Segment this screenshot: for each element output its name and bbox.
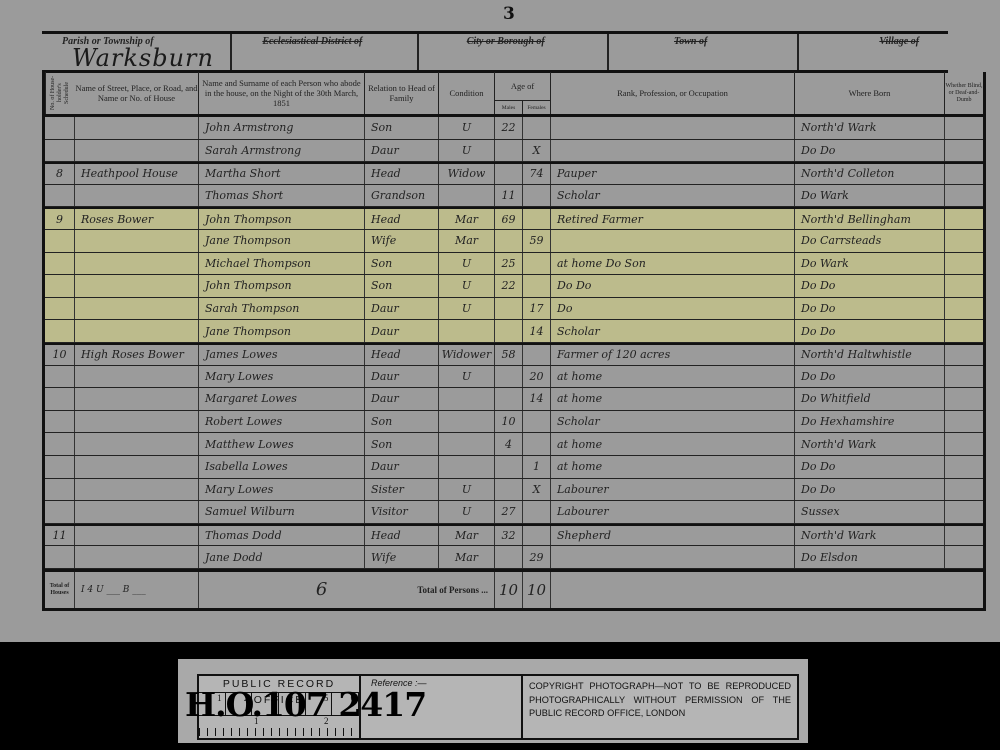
male-age: 4	[495, 433, 523, 455]
male-age: 22	[495, 117, 523, 139]
female-age: 29	[523, 546, 551, 568]
condition-cell: Widow	[439, 164, 495, 184]
birthplace-cell: Do Do	[795, 366, 945, 388]
table-row: Jane ThompsonDaur14ScholarDo Do	[45, 320, 983, 343]
female-age	[523, 253, 551, 275]
col-relation: Relation to Head of Family	[365, 72, 439, 114]
blind-cell	[945, 275, 983, 297]
table-row: Jane ThompsonWifeMar59Do Carrsteads	[45, 230, 983, 253]
female-age	[523, 526, 551, 546]
blind-cell	[945, 320, 983, 342]
relation-cell: Daur	[365, 388, 439, 410]
female-age: 74	[523, 164, 551, 184]
male-age: 22	[495, 275, 523, 297]
col-born: Where Born	[795, 72, 945, 114]
male-age	[495, 298, 523, 320]
blind-cell	[945, 209, 983, 229]
col-females: Females	[523, 101, 550, 114]
col-street: Name of Street, Place, or Road, and Name…	[75, 72, 199, 114]
street-cell	[75, 546, 199, 568]
condition-cell	[439, 185, 495, 207]
relation-cell: Head	[365, 526, 439, 546]
birthplace-cell: Do Wark	[795, 185, 945, 207]
village-cell: Village of	[799, 34, 948, 70]
occupation-cell: Scholar	[551, 320, 795, 342]
reference-number: H.O.107 2417	[185, 685, 426, 724]
street-cell	[75, 433, 199, 455]
houses-label: Total of Houses	[45, 572, 75, 608]
table-row: Mary LowesDaurU20at homeDo Do	[45, 366, 983, 389]
condition-cell: U	[439, 298, 495, 320]
street-cell	[75, 298, 199, 320]
schedule-no: 11	[45, 526, 75, 546]
street-cell	[75, 320, 199, 342]
table-row: Matthew LowesSon4at homeNorth'd Wark	[45, 433, 983, 456]
relation-cell: Son	[365, 411, 439, 433]
person-name: Sarah Armstrong	[199, 140, 365, 162]
blind-cell	[945, 479, 983, 501]
person-name: Samuel Wilburn	[199, 501, 365, 523]
schedule-no: 8	[45, 164, 75, 184]
street-cell	[75, 501, 199, 523]
female-age: 14	[523, 320, 551, 342]
city-label: City or Borough of	[467, 36, 545, 47]
district-header: Parish or Township of Warksburn Ecclesia…	[42, 34, 948, 73]
occupation-cell: Scholar	[551, 185, 795, 207]
totals-blank	[551, 572, 983, 608]
table-row: 11Thomas DoddHeadMar32ShepherdNorth'd Wa…	[45, 524, 983, 547]
blind-cell	[945, 388, 983, 410]
street-cell: Heathpool House	[75, 164, 199, 184]
street-cell	[75, 366, 199, 388]
table-row: Mary LowesSisterUXLabourerDo Do	[45, 479, 983, 502]
blind-cell	[945, 366, 983, 388]
table-row: John ArmstrongSonU22North'd Wark	[45, 117, 983, 140]
person-name: Thomas Short	[199, 185, 365, 207]
female-age	[523, 185, 551, 207]
relation-cell: Daur	[365, 320, 439, 342]
schedule-no: 9	[45, 209, 75, 229]
person-name: Martha Short	[199, 164, 365, 184]
relation-cell: Daur	[365, 140, 439, 162]
table-row: Robert LowesSon10ScholarDo Hexhamshire	[45, 411, 983, 434]
totals-row: Total of Houses I 4 U ___ B ___ 6 Total …	[45, 569, 983, 611]
col-males: Males	[495, 101, 523, 114]
table-row: Isabella LowesDaur1at homeDo Do	[45, 456, 983, 479]
condition-cell: U	[439, 366, 495, 388]
schedule-no	[45, 366, 75, 388]
birthplace-cell: Do Whitfield	[795, 388, 945, 410]
female-age	[523, 501, 551, 523]
female-age: X	[523, 140, 551, 162]
condition-cell	[439, 456, 495, 478]
condition-cell	[439, 320, 495, 342]
town-label: Town of	[674, 36, 707, 47]
female-age	[523, 433, 551, 455]
street-cell	[75, 411, 199, 433]
col-age: Age of Males Females	[495, 72, 551, 114]
blind-cell	[945, 501, 983, 523]
street-cell	[75, 526, 199, 546]
birthplace-cell: Do Carrsteads	[795, 230, 945, 252]
occupation-cell	[551, 230, 795, 252]
male-age	[495, 546, 523, 568]
birthplace-cell: North'd Colleton	[795, 164, 945, 184]
birthplace-cell: Sussex	[795, 501, 945, 523]
relation-cell: Daur	[365, 366, 439, 388]
census-rows: John ArmstrongSonU22North'd WarkSarah Ar…	[45, 117, 983, 569]
town-cell: Town of	[609, 34, 799, 70]
person-name: John Thompson	[199, 209, 365, 229]
female-age: 17	[523, 298, 551, 320]
persons-label: Total of Persons ...	[417, 585, 488, 595]
persons-tally-cell: 6 Total of Persons ...	[199, 572, 495, 608]
male-age: 11	[495, 185, 523, 207]
female-age: 14	[523, 388, 551, 410]
male-age	[495, 320, 523, 342]
blind-cell	[945, 164, 983, 184]
female-age: 1	[523, 456, 551, 478]
occupation-cell	[551, 140, 795, 162]
relation-cell: Head	[365, 209, 439, 229]
street-cell	[75, 253, 199, 275]
birthplace-cell: Do Hexhamshire	[795, 411, 945, 433]
blind-cell	[945, 411, 983, 433]
street-cell	[75, 140, 199, 162]
condition-cell: Widower	[439, 345, 495, 365]
occupation-cell	[551, 117, 795, 139]
street-cell	[75, 275, 199, 297]
col-schedule: No. of House-holder's Schedule	[45, 72, 75, 114]
schedule-no	[45, 117, 75, 139]
street-cell	[75, 388, 199, 410]
occupation-cell: Do	[551, 298, 795, 320]
birthplace-cell: North'd Bellingham	[795, 209, 945, 229]
female-age: 20	[523, 366, 551, 388]
person-name: Jane Dodd	[199, 546, 365, 568]
village-label: Village of	[879, 36, 919, 47]
table-row: Sarah ArmstrongDaurUXDo Do	[45, 140, 983, 163]
male-age	[495, 366, 523, 388]
schedule-no	[45, 275, 75, 297]
condition-cell: Mar	[439, 209, 495, 229]
occupation-cell: Pauper	[551, 164, 795, 184]
male-age	[495, 456, 523, 478]
relation-cell: Wife	[365, 230, 439, 252]
condition-cell: U	[439, 117, 495, 139]
condition-cell	[439, 411, 495, 433]
schedule-no	[45, 253, 75, 275]
person-name: Jane Thompson	[199, 320, 365, 342]
relation-cell: Daur	[365, 456, 439, 478]
condition-cell: Mar	[439, 526, 495, 546]
occupation-cell: at home	[551, 433, 795, 455]
condition-cell: U	[439, 501, 495, 523]
person-name: Robert Lowes	[199, 411, 365, 433]
schedule-no	[45, 411, 75, 433]
occupation-cell	[551, 546, 795, 568]
person-name: James Lowes	[199, 345, 365, 365]
female-age	[523, 411, 551, 433]
blind-cell	[945, 298, 983, 320]
blind-cell	[945, 345, 983, 365]
table-row: Sarah ThompsonDaurU17DoDo Do	[45, 298, 983, 321]
blind-cell	[945, 253, 983, 275]
male-age	[495, 479, 523, 501]
ecclesiastical-cell: Ecclesiastical District of	[232, 34, 418, 70]
relation-cell: Son	[365, 253, 439, 275]
blind-cell	[945, 546, 983, 568]
occupation-cell: Labourer	[551, 479, 795, 501]
relation-cell: Son	[365, 117, 439, 139]
schedule-no	[45, 185, 75, 207]
street-cell	[75, 479, 199, 501]
occupation-cell: Scholar	[551, 411, 795, 433]
schedule-no	[45, 320, 75, 342]
blind-cell	[945, 526, 983, 546]
schedule-no	[45, 433, 75, 455]
table-row: Samuel WilburnVisitorU27LabourerSussex	[45, 501, 983, 524]
total-females: 10	[523, 572, 551, 608]
table-row: 8Heathpool HouseMartha ShortHeadWidow74P…	[45, 162, 983, 185]
person-name: Margaret Lowes	[199, 388, 365, 410]
female-age: 59	[523, 230, 551, 252]
condition-cell: Mar	[439, 230, 495, 252]
occupation-cell: at home	[551, 456, 795, 478]
census-table: No. of House-holder's Schedule Name of S…	[42, 72, 986, 611]
copyright-notice: COPYRIGHT PHOTOGRAPH—NOT TO BE REPRODUCE…	[523, 676, 797, 738]
occupation-cell: Retired Farmer	[551, 209, 795, 229]
male-age	[495, 164, 523, 184]
parish-value: Warksburn	[72, 44, 214, 72]
condition-cell: U	[439, 479, 495, 501]
schedule-no	[45, 546, 75, 568]
blind-cell	[945, 185, 983, 207]
blind-cell	[945, 456, 983, 478]
schedule-no: 10	[45, 345, 75, 365]
schedule-no	[45, 388, 75, 410]
female-age: X	[523, 479, 551, 501]
male-age	[495, 140, 523, 162]
male-age: 10	[495, 411, 523, 433]
occupation-cell: Shepherd	[551, 526, 795, 546]
condition-cell	[439, 433, 495, 455]
birthplace-cell: North'd Wark	[795, 526, 945, 546]
person-name: John Armstrong	[199, 117, 365, 139]
street-cell	[75, 456, 199, 478]
total-males: 10	[495, 572, 523, 608]
schedule-no	[45, 456, 75, 478]
table-row: Jane DoddWifeMar29Do Elsdon	[45, 546, 983, 569]
blind-cell	[945, 117, 983, 139]
page-tally: 6	[316, 579, 327, 600]
table-row: Thomas ShortGrandson11ScholarDo Wark	[45, 185, 983, 208]
occupation-cell: Do Do	[551, 275, 795, 297]
birthplace-cell: Do Do	[795, 479, 945, 501]
schedule-no	[45, 298, 75, 320]
person-name: Sarah Thompson	[199, 298, 365, 320]
occupation-cell: Farmer of 120 acres	[551, 345, 795, 365]
person-name: Michael Thompson	[199, 253, 365, 275]
schedule-no	[45, 140, 75, 162]
condition-cell: U	[439, 253, 495, 275]
person-name: Mary Lowes	[199, 366, 365, 388]
condition-cell: U	[439, 140, 495, 162]
person-name: Jane Thompson	[199, 230, 365, 252]
birthplace-cell: Do Do	[795, 456, 945, 478]
col-blind: Whether Blind, or Deaf-and-Dumb	[945, 72, 983, 114]
male-age: 32	[495, 526, 523, 546]
condition-cell	[439, 388, 495, 410]
blind-cell	[945, 433, 983, 455]
col-name: Name and Surname of each Person who abod…	[199, 72, 365, 114]
birthplace-cell: Do Elsdon	[795, 546, 945, 568]
table-row: 9Roses BowerJohn ThompsonHeadMar69Retire…	[45, 207, 983, 230]
parish-cell: Parish or Township of Warksburn	[42, 34, 232, 70]
birthplace-cell: Do Do	[795, 275, 945, 297]
male-age: 58	[495, 345, 523, 365]
ecclesiastical-label: Ecclesiastical District of	[262, 36, 362, 47]
male-age: 25	[495, 253, 523, 275]
birthplace-cell: Do Do	[795, 320, 945, 342]
schedule-no	[45, 501, 75, 523]
blind-cell	[945, 230, 983, 252]
relation-cell: Son	[365, 433, 439, 455]
female-age	[523, 117, 551, 139]
birthplace-cell: Do Do	[795, 298, 945, 320]
occupation-cell: at home	[551, 366, 795, 388]
col-age-label: Age of	[495, 72, 550, 101]
occupation-cell: at home Do Son	[551, 253, 795, 275]
condition-cell: Mar	[439, 546, 495, 568]
table-row: Margaret LowesDaur14at homeDo Whitfield	[45, 388, 983, 411]
male-age: 27	[495, 501, 523, 523]
table-row: 10High Roses BowerJames LowesHeadWidower…	[45, 343, 983, 366]
column-headers: No. of House-holder's Schedule Name of S…	[45, 72, 983, 117]
birthplace-cell: Do Do	[795, 140, 945, 162]
female-age	[523, 345, 551, 365]
person-name: John Thompson	[199, 275, 365, 297]
relation-cell: Grandson	[365, 185, 439, 207]
birthplace-cell: North'd Haltwhistle	[795, 345, 945, 365]
street-cell: Roses Bower	[75, 209, 199, 229]
col-condition: Condition	[439, 72, 495, 114]
page-number: 3	[503, 4, 515, 24]
female-age	[523, 275, 551, 297]
relation-cell: Head	[365, 345, 439, 365]
birthplace-cell: Do Wark	[795, 253, 945, 275]
street-cell: High Roses Bower	[75, 345, 199, 365]
table-row: Michael ThompsonSonU25at home Do SonDo W…	[45, 253, 983, 276]
condition-cell: U	[439, 275, 495, 297]
person-name: Thomas Dodd	[199, 526, 365, 546]
schedule-no	[45, 479, 75, 501]
relation-cell: Wife	[365, 546, 439, 568]
relation-cell: Son	[365, 275, 439, 297]
street-cell	[75, 230, 199, 252]
street-cell	[75, 185, 199, 207]
male-age	[495, 230, 523, 252]
occupation-cell: Labourer	[551, 501, 795, 523]
person-name: Mary Lowes	[199, 479, 365, 501]
birthplace-cell: North'd Wark	[795, 117, 945, 139]
houses-value: I 4 U ___ B ___	[75, 572, 199, 608]
blind-cell	[945, 140, 983, 162]
female-age	[523, 209, 551, 229]
relation-cell: Daur	[365, 298, 439, 320]
male-age	[495, 388, 523, 410]
relation-cell: Head	[365, 164, 439, 184]
male-age: 69	[495, 209, 523, 229]
street-cell	[75, 117, 199, 139]
relation-cell: Sister	[365, 479, 439, 501]
birthplace-cell: North'd Wark	[795, 433, 945, 455]
table-row: John ThompsonSonU22Do DoDo Do	[45, 275, 983, 298]
census-sheet: 3 Parish or Township of Warksburn Eccles…	[0, 0, 1000, 642]
schedule-no	[45, 230, 75, 252]
occupation-cell: at home	[551, 388, 795, 410]
person-name: Isabella Lowes	[199, 456, 365, 478]
relation-cell: Visitor	[365, 501, 439, 523]
person-name: Matthew Lowes	[199, 433, 365, 455]
col-occupation: Rank, Profession, or Occupation	[551, 72, 795, 114]
city-cell: City or Borough of	[419, 34, 609, 70]
